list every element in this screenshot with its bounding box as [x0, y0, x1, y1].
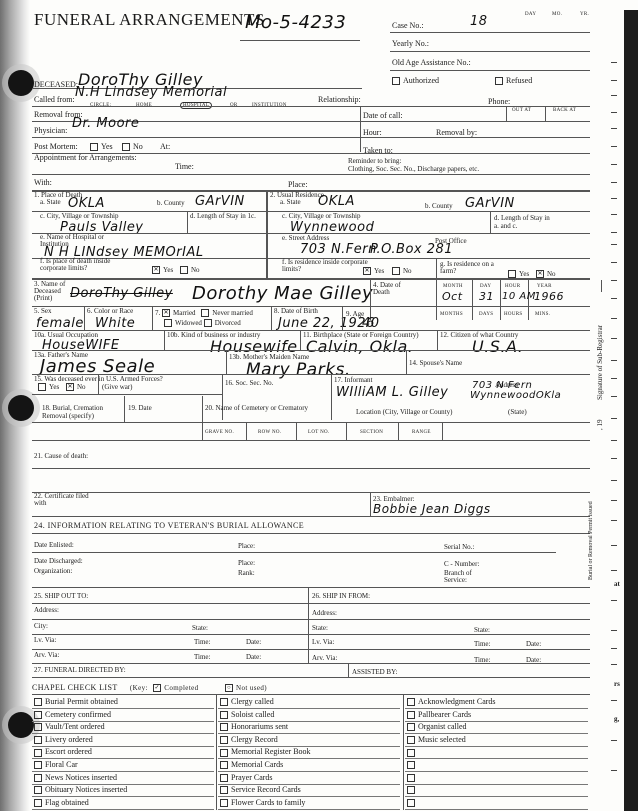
checklist-item[interactable] [407, 747, 418, 756]
funeral-arrangements-form: FUNERAL ARRANGEMENTS Mo-5-4233 Case No.:… [0, 0, 638, 811]
checklist-item[interactable] [407, 785, 418, 794]
checkbox-icon [220, 774, 228, 782]
checklist-item-label: Music selected [418, 735, 466, 744]
checklist-item[interactable]: Acknowledgment Cards [407, 697, 496, 706]
checkbox-icon [407, 799, 415, 807]
checklist-item[interactable]: Memorial Cards [220, 760, 283, 769]
checkbox-icon [407, 723, 415, 731]
binder-hole [8, 712, 34, 738]
margin-tick [611, 770, 617, 771]
checkbox-icon [34, 698, 42, 706]
ship-out-arv-via-label: Arv. Via: [34, 651, 59, 659]
checklist-item-label: Memorial Register Book [231, 747, 311, 756]
checklist-item[interactable]: Service Record Cards [220, 785, 301, 794]
margin-tick [611, 664, 617, 665]
res-stay-label: d. Length of Stay in a. and c. [494, 214, 554, 230]
physician-value[interactable]: Dr. Moore [72, 116, 139, 131]
checkbox-icon [220, 786, 228, 794]
married-checkbox[interactable]: ✕Married [162, 309, 196, 317]
res-city-label: c. City, Village or Township [282, 212, 360, 220]
sex-value[interactable]: female [36, 316, 84, 331]
checkbox-icon [407, 698, 415, 706]
year-label: YR. [580, 12, 589, 17]
checklist-item-label: Memorial Cards [231, 760, 283, 769]
checklist-item[interactable]: Flag obtained [34, 798, 89, 807]
res-state-value[interactable]: OKLA [318, 194, 355, 209]
checklist-item[interactable]: Livery ordered [34, 735, 93, 744]
checklist-item[interactable]: Clergy called [220, 697, 274, 706]
birthplace-value[interactable]: Calvin, Okla. [306, 337, 413, 356]
res-state-label: a. State [280, 198, 301, 206]
branch-label: Branch of Service: [444, 570, 494, 584]
case-no-value[interactable]: 18 [470, 14, 488, 29]
ship-out-lv-via-label: Lv. Via: [34, 636, 56, 644]
checklist-item[interactable]: Cemetery confirmed [34, 710, 111, 719]
checklist-item[interactable]: Memorial Register Book [220, 747, 311, 756]
cause-label: 21. Cause of death: [34, 452, 88, 460]
cemetery-label: 20. Name of Cemetery or Crematory [205, 404, 308, 412]
reminder-label: Reminder to bring:Clothing, Soc. Sec. No… [348, 157, 479, 173]
checkbox-icon [220, 749, 228, 757]
lot-no-label: LOT NO. [308, 430, 329, 435]
assisted-by-label: ASSISTED BY: [352, 668, 397, 676]
res-limits-no[interactable]: No [392, 267, 412, 275]
checkbox-icon [201, 309, 209, 317]
checklist-item-label: Clergy called [231, 697, 274, 706]
margin-tick [611, 95, 617, 96]
case-no-label: Case No.: [392, 21, 424, 30]
margin-tick [611, 112, 617, 113]
month-label: MO. [552, 12, 562, 17]
margin-tick [611, 182, 617, 183]
age-value[interactable]: 40 [362, 316, 380, 331]
checkbox-icon [34, 749, 42, 757]
checkbox-icon [407, 711, 415, 719]
checkbox-icon [38, 383, 46, 391]
checkbox-icon [180, 266, 188, 274]
checklist-item-label: Flag obtained [45, 798, 89, 807]
checkbox-icon [34, 761, 42, 769]
checklist-item-label: News Notices inserted [45, 773, 117, 782]
divorced-checkbox[interactable]: Divorced [204, 319, 241, 327]
checklist-item[interactable]: Flower Cards to family [220, 798, 305, 807]
death-year-label: YEAR [537, 284, 552, 289]
embalmer-value[interactable]: Bobbie Jean Diggs [373, 502, 491, 516]
margin-tick [611, 378, 617, 379]
res-county-label: b. County [425, 202, 453, 210]
death-year-value[interactable]: 1966 [534, 290, 564, 303]
race-label: 6. Color or Race [87, 307, 133, 315]
state-label: (State) [508, 408, 527, 416]
margin-tick [611, 458, 617, 459]
margin-tick [611, 128, 617, 129]
checked-icon: ✕ [152, 266, 160, 274]
certificate-label: 22. Certificate filed with [34, 493, 94, 507]
name-label: 3. Name of Deceased (Print) [34, 281, 68, 302]
informant-label: 17. Informant [334, 376, 373, 384]
margin-tick [611, 418, 617, 419]
hour-label: Hour: [363, 128, 382, 137]
sex-label: 5. Sex [34, 307, 52, 315]
margin-tick [611, 500, 617, 501]
margin-tick [611, 545, 617, 546]
checklist-title: CHAPEL CHECK LIST [32, 683, 117, 692]
veteran-section-title: 24. INFORMATION RELATING TO VETERAN'S BU… [34, 521, 304, 530]
citizen-value[interactable]: U.S.A. [472, 337, 523, 356]
checkbox-icon [495, 77, 503, 85]
dob-label: 8. Date of Birth [274, 307, 318, 315]
margin-tick [611, 232, 617, 233]
checklist-item-label: Prayer Cards [231, 773, 273, 782]
margin-tick [611, 520, 617, 521]
not-used-key-icon: ○ [225, 684, 233, 692]
enlisted-place-label: Place: [238, 542, 255, 550]
checkbox-icon [407, 749, 415, 757]
completed-key-label: Completed [164, 684, 198, 692]
phone-label: Phone: [488, 97, 510, 106]
checkbox-icon [392, 77, 400, 85]
old-age-label: Old Age Assistance No.: [392, 58, 471, 67]
discharged-place-label: Place: [238, 559, 255, 567]
time-label: Time: [175, 162, 194, 171]
yearly-no-label: Yearly No.: [392, 39, 429, 48]
pod-county-value[interactable]: GArVIN [195, 194, 245, 209]
ship-in-arv-via-label: Arv. Via: [312, 654, 337, 662]
ship-out-arv-time-label: Time: [194, 653, 210, 661]
checkbox-icon [220, 761, 228, 769]
post-mortem-yes[interactable]: Yes [90, 142, 113, 151]
called-from-label: Called from: [34, 95, 75, 104]
checklist-item-label: Honorariums sent [231, 722, 288, 731]
name-struck: DoroThy Gilley [70, 286, 173, 301]
key-label: (Key: [130, 684, 148, 692]
directed-by-label: 27. FUNERAL DIRECTED BY: [34, 666, 126, 674]
ship-out-city-label: City: [34, 622, 48, 630]
range-label: RANGE [412, 430, 431, 435]
res-street-label: e. Street Address [282, 234, 329, 242]
ship-out-arv-date-label: Date: [246, 653, 261, 661]
refused-checkbox[interactable]: Refused [495, 76, 532, 85]
margin-tick [611, 198, 617, 199]
checklist-item[interactable] [407, 798, 418, 807]
checklist-item-label: Service Record Cards [231, 785, 301, 794]
date-death-label: 4. Date of Death [373, 282, 413, 296]
margin-tick [611, 396, 617, 397]
pod-limits-label: f. Is place of death inside corporate li… [40, 258, 130, 272]
pod-limits-yes[interactable]: ✕Yes [152, 266, 173, 274]
marital-status: 7. ✕Married Never married [155, 309, 253, 317]
res-farm-label: g. Is residence on a farm? [440, 261, 495, 275]
never-married-checkbox[interactable]: Never married [201, 309, 253, 317]
res-county-value[interactable]: GArVIN [465, 196, 515, 211]
checklist-item[interactable]: Clergy Record [220, 735, 278, 744]
ship-in-address-label: Address: [312, 609, 337, 617]
rank-label: Rank: [238, 569, 255, 577]
name-value[interactable]: Dorothy Mae Gilley [192, 283, 373, 304]
margin-tick [611, 214, 617, 215]
checklist-header: CHAPEL CHECK LIST (Key: ✓Completed ○Not … [32, 683, 267, 692]
margin-tick [611, 648, 617, 649]
checklist-item-label: Flower Cards to family [231, 798, 305, 807]
checklist-item[interactable]: Organist called [407, 722, 467, 731]
margin-tick [611, 600, 617, 601]
margin-tick [611, 62, 617, 63]
page-title: FUNERAL ARRANGEMENTS [34, 10, 265, 30]
checkbox-icon [34, 799, 42, 807]
ship-out-label: 25. SHIP OUT TO: [34, 592, 88, 600]
margin-tick [611, 440, 617, 441]
checklist-item[interactable]: News Notices inserted [34, 773, 117, 782]
ship-out-state-label: State: [192, 624, 208, 632]
margin-tick [611, 630, 617, 631]
armed-no[interactable]: ✕No [66, 383, 86, 391]
margin-tick [611, 700, 617, 701]
marital-status-row2: Widowed Divorced [164, 319, 241, 327]
authorized-checkbox[interactable]: Authorized [392, 76, 439, 85]
relationship-label: Relationship: [318, 95, 361, 104]
checkbox-icon [34, 723, 42, 731]
checkbox-icon [407, 761, 415, 769]
age-days-label: DAYS [479, 312, 493, 317]
checkbox-icon [220, 736, 228, 744]
ship-in-lv-date-label: Date: [526, 640, 541, 648]
sub-registrar-label: Signature of Sub-Registrar [596, 290, 604, 400]
pod-state-label: a. State [40, 198, 61, 206]
death-day-label: DAY [480, 284, 491, 289]
margin-tick [611, 146, 617, 147]
checkbox-icon [220, 799, 228, 807]
permit-issued-label: Burial or Removal Permit issued [588, 540, 595, 580]
completed-key-icon: ✓ [153, 684, 161, 692]
year-prefix-label: , 19 [596, 400, 604, 430]
age-hours-label: HOURS [504, 312, 522, 317]
called-from-value[interactable]: N.H Lindsey Memorial [75, 85, 227, 100]
at-label: At: [160, 142, 170, 151]
not-used-key-label: Not used) [236, 684, 267, 692]
date-of-call-label: Date of call: [363, 111, 403, 120]
checklist-item[interactable]: Prayer Cards [220, 773, 273, 782]
dob-value[interactable]: June 22, 1926 [278, 316, 375, 331]
checklist-item[interactable]: Burial Permit obtained [34, 697, 118, 706]
checkbox-icon [34, 786, 42, 794]
checklist-item-label: Floral Car [45, 760, 78, 769]
checklist-item[interactable]: Pallbearer Cards [407, 710, 471, 719]
back-at-label: BACK AT [553, 108, 576, 113]
death-day-value[interactable]: 31 [479, 290, 494, 303]
ship-out-lv-date-label: Date: [246, 638, 261, 646]
section-label: SECTION [360, 430, 383, 435]
checklist-item-label: Cemetery confirmed [45, 710, 111, 719]
removal-by-label: Removal by: [436, 128, 477, 137]
checklist-item-label: Escort ordered [45, 747, 92, 756]
checklist-item[interactable]: Vault/Tent ordered [34, 722, 105, 731]
checklist-item-label: Vault/Tent ordered [45, 722, 105, 731]
checklist-item-label: Clergy Record [231, 735, 278, 744]
margin-tick [611, 298, 617, 299]
widowed-checkbox[interactable]: Widowed [164, 319, 202, 327]
race-value[interactable]: White [95, 316, 135, 331]
ship-in-lv-time-label: Time: [474, 640, 490, 648]
checkbox-icon [122, 143, 130, 151]
death-hour-value[interactable]: 10 AM [502, 291, 536, 302]
pod-state-value[interactable]: OKLA [68, 196, 105, 211]
organization-label: Organization: [34, 567, 72, 575]
with-label: With: [34, 178, 52, 187]
checkbox-icon [90, 143, 98, 151]
checklist-item[interactable]: Honorariums sent [220, 722, 288, 731]
checklist-item[interactable]: Music selected [407, 735, 466, 744]
burial-label: 18. Burial, Cremation Removal (specify) [42, 404, 122, 420]
checklist-item-label: Obituary Notices inserted [45, 785, 127, 794]
ship-in-state-label: State: [312, 624, 328, 632]
checkbox-icon [392, 267, 400, 275]
at-margin-label: at [614, 580, 620, 588]
death-month-label: MONTH [443, 284, 463, 289]
post-mortem-no[interactable]: No [122, 142, 143, 151]
discharged-label: Date Discharged: [34, 557, 83, 565]
margin-tick [611, 164, 617, 165]
death-hour-label: HOUR [505, 284, 520, 289]
day-label: DAY [525, 12, 536, 17]
row-no-label: ROW NO. [258, 430, 281, 435]
checkbox-icon [34, 711, 42, 719]
checklist-item[interactable]: Escort ordered [34, 747, 92, 756]
checked-icon: ✕ [66, 383, 74, 391]
margin-tick [611, 360, 617, 361]
margin-tick [611, 338, 617, 339]
post-mortem-label: Post Mortem: [34, 142, 78, 151]
checklist-item[interactable] [407, 760, 418, 769]
checkbox-icon [204, 319, 212, 327]
enlisted-label: Date Enlisted: [34, 541, 74, 549]
checkbox-icon [407, 786, 415, 794]
binder-hole [8, 395, 34, 421]
death-month-value[interactable]: Oct [442, 290, 463, 303]
checklist-item[interactable]: Floral Car [34, 760, 78, 769]
scan-edge [624, 10, 638, 811]
margin-tick [611, 262, 617, 263]
checklist-item-label: Burial Permit obtained [45, 697, 118, 706]
file-number: Mo-5-4233 [245, 12, 346, 33]
margin-tick [611, 280, 617, 281]
checkbox-icon [220, 711, 228, 719]
checklist-item[interactable]: Obituary Notices inserted [34, 785, 127, 794]
pod-county-label: b. County [157, 199, 185, 207]
burial-date-label: 19. Date [128, 404, 152, 412]
margin-tick [611, 318, 617, 319]
checkbox-icon [407, 736, 415, 744]
checklist-item-label: Pallbearer Cards [418, 710, 471, 719]
c-number-label: C - Number: [444, 560, 479, 568]
margin-tick [611, 244, 617, 245]
g-margin-label: g, [614, 715, 619, 723]
armed-yes[interactable]: Yes [38, 383, 59, 391]
res-po-value[interactable]: P.O.Box 281 [370, 242, 453, 257]
margin-tick [611, 480, 617, 481]
res-limits-yes[interactable]: ✕Yes [363, 267, 384, 275]
checklist-item-label: Livery ordered [45, 735, 93, 744]
checkbox-icon [407, 774, 415, 782]
pod-limits-no[interactable]: No [180, 266, 200, 274]
ship-in-label: 26. SHIP IN FROM: [312, 592, 370, 600]
checked-icon: ✕ [162, 309, 170, 317]
checkbox-icon [220, 698, 228, 706]
out-at-label: OUT AT [512, 108, 531, 113]
margin-tick [611, 80, 617, 81]
checklist-item-label: Acknowledgment Cards [418, 697, 496, 706]
ship-in-state2-label: State: [474, 626, 490, 634]
serial-label: Serial No.: [444, 543, 474, 551]
give-war-label: (Give war) [102, 383, 133, 391]
age-months-label: MONTHS [440, 312, 463, 317]
ship-in-lv-via-label: Lv. Via: [312, 638, 334, 646]
checklist-item[interactable]: Soloist called [220, 710, 274, 719]
margin-tick [611, 740, 617, 741]
informant-value[interactable]: WIlliAM L. Gilley [336, 385, 448, 400]
location-label: Location (City, Village or County) [356, 408, 452, 416]
margin-tick [611, 570, 617, 571]
binder-hole [8, 70, 34, 96]
rs-margin-label: rs [614, 680, 620, 688]
spouse-label: 14. Spouse's Name [409, 359, 462, 367]
res-street-value[interactable]: 703 N.Fern [300, 242, 377, 257]
age-mins-label: MINS. [535, 312, 550, 317]
pod-stay-label: d. Length of Stay in 1c. [190, 212, 260, 220]
grave-no-label: GRAVE NO. [205, 430, 234, 435]
checked-icon: ✕ [363, 267, 371, 275]
physician-label: Physician: [34, 126, 67, 135]
ssn-label: 16. Soc. Sec. No. [225, 379, 273, 387]
ship-out-lv-time-label: Time: [194, 638, 210, 646]
pod-city-label: c. City, Village or Township [40, 212, 118, 220]
ship-out-address-label: Address: [34, 606, 59, 614]
appointment-label: Appointment for Arrangements: [34, 153, 137, 162]
checkbox-icon [34, 736, 42, 744]
informant-address-line2[interactable]: WynnewoodOKla [470, 390, 561, 401]
checkbox-icon [164, 319, 172, 327]
checklist-item-label: Organist called [418, 722, 467, 731]
checklist-item-label: Soloist called [231, 710, 274, 719]
checkbox-icon [34, 774, 42, 782]
checkbox-icon [220, 723, 228, 731]
place-label: Place: [288, 180, 308, 189]
res-limits-label: f. Is residence inside corporate limits? [282, 259, 372, 273]
checklist-item[interactable] [407, 773, 418, 782]
